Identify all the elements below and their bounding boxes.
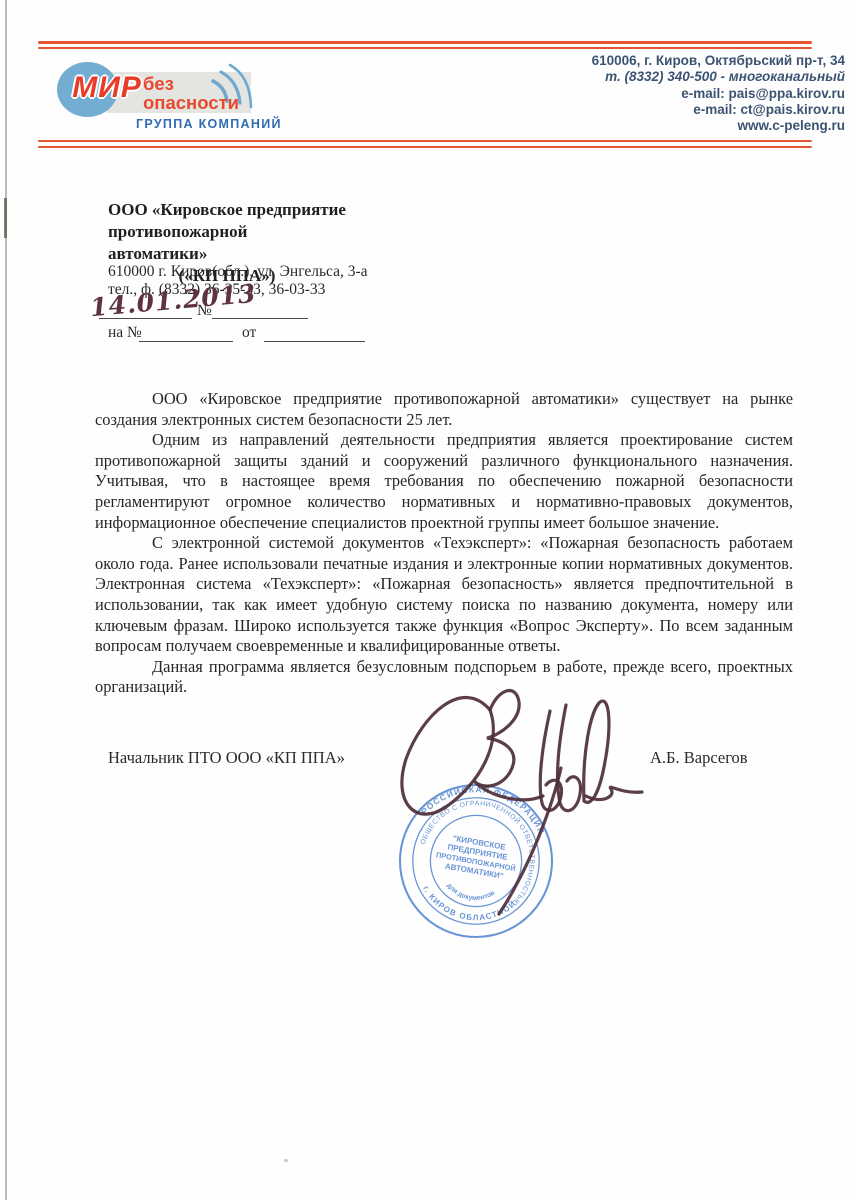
logo-opasnosti-line: опасности — [143, 92, 239, 113]
ot-underline — [264, 340, 365, 342]
org-name-line-1: ООО «Кировское предприятие — [108, 200, 346, 219]
scan-edge-mark — [4, 198, 7, 238]
body-paragraph-3: С электронной системой документов «Техэк… — [95, 533, 793, 657]
na-number-underline — [139, 340, 233, 342]
letterhead-rule-top-1 — [38, 41, 812, 44]
scanned-letter-page: МИР без опасности ГРУППА КОМПАНИЙ 610006… — [0, 0, 851, 1200]
logo-bez-opasnosti-text: без опасности — [143, 74, 239, 112]
scan-edge-line — [5, 0, 7, 1200]
signer-position: Начальник ПТО ООО «КП ППА» — [108, 748, 345, 768]
body-paragraph-1: ООО «Кировское предприятие противопожарн… — [95, 389, 793, 430]
na-number-label: на № — [108, 324, 142, 342]
contact-website: www.c-peleng.ru — [460, 118, 845, 134]
logo-group-label: ГРУППА КОМПАНИЙ — [136, 117, 282, 131]
contact-email-2: e-mail: ct@pais.kirov.ru — [460, 102, 845, 118]
contact-email-1: e-mail: pais@ppa.kirov.ru — [460, 86, 845, 102]
letterhead-rule-bottom-2 — [38, 146, 812, 149]
contact-address: 610006, г. Киров, Октябрьский пр-т, 34 — [460, 53, 845, 69]
number-underline — [212, 317, 308, 319]
body-paragraph-2: Одним из направлений деятельности предпр… — [95, 430, 793, 533]
letterhead-rule-top-2 — [38, 47, 812, 50]
org-name-line-2: противопожарной автоматики» — [108, 222, 247, 263]
scan-speck — [284, 1159, 288, 1162]
sender-address: 610000 г. Киров(обл.), ул. Энгельса, 3-а — [108, 263, 368, 281]
logo-bez-line: без — [143, 73, 174, 94]
contact-phone: т. (8332) 340-500 - многоканальный — [460, 69, 845, 85]
letterhead-rule-bottom-1 — [38, 140, 812, 143]
logo-mir-text: МИР — [61, 71, 153, 105]
letter-body: ООО «Кировское предприятие противопожарн… — [95, 389, 793, 698]
ot-label: от — [242, 324, 256, 342]
contact-block: 610006, г. Киров, Октябрьский пр-т, 34 т… — [460, 53, 845, 134]
signature-autograph — [380, 655, 700, 935]
